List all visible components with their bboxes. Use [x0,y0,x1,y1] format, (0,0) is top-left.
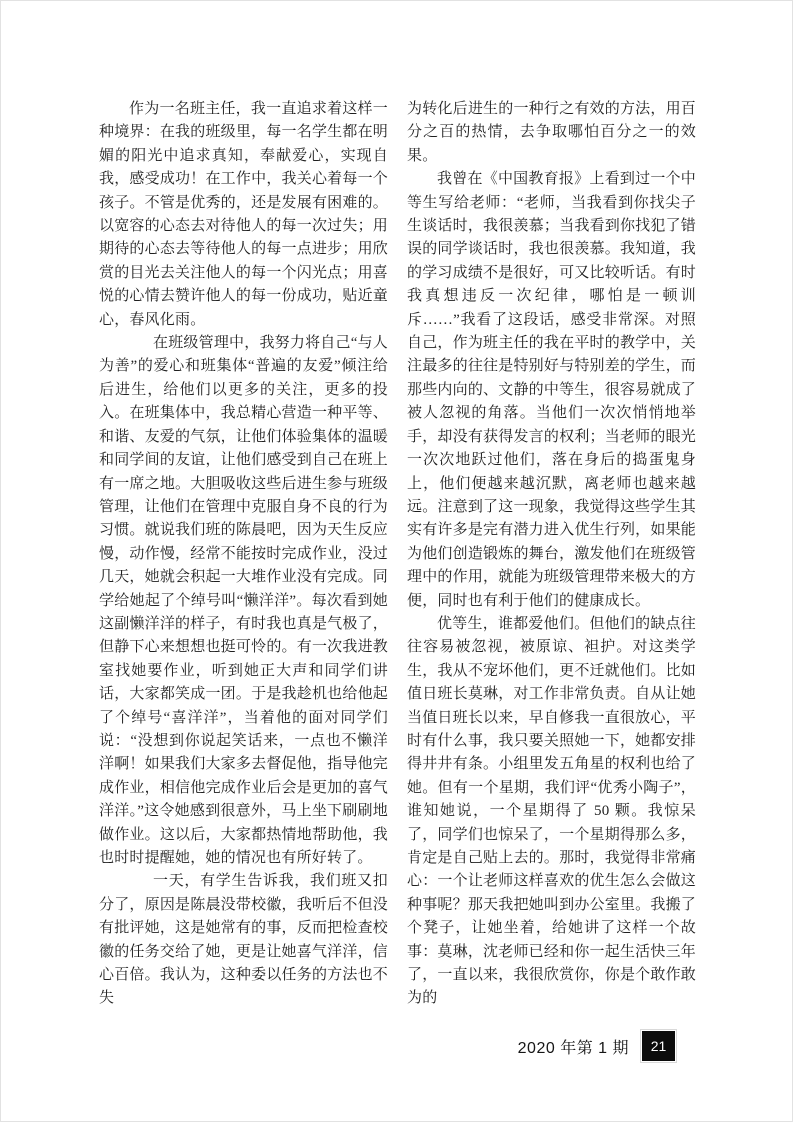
page-number-badge: 21 [642,1031,675,1061]
column-right: 为转化后进生的一种行之有效的方法，用百分之百的热情，去争取哪怕百分之一的效果。 … [407,98,696,1011]
paragraph: 在班级管理中，我努力将自己“与人为善”的爱心和班集体“普遍的友爱”倾注给后进生，… [99,332,388,870]
paragraph: 我曾在《中国教育报》上看到过一个中等生写给老师：“老师，当我看到你找尖子生谈话时… [407,168,696,613]
paragraph: 一天，有学生告诉我，我们班又扣分了，原因是陈晨没带校徽，我听后不但没有批评她，这… [99,870,388,1010]
page-footer: 2020 年第 1 期 21 [518,1031,675,1061]
paragraph: 作为一名班主任，我一直追求着这样一种境界：在我的班级里，每一名学生都在明媚的阳光… [99,98,388,332]
article-body: 作为一名班主任，我一直追求着这样一种境界：在我的班级里，每一名学生都在明媚的阳光… [99,98,696,1011]
issue-label: 2020 年第 1 期 [518,1035,629,1058]
paragraph-continuation: 为转化后进生的一种行之有效的方法，用百分之百的热情，去争取哪怕百分之一的效果。 [407,98,696,168]
magazine-page: 作为一名班主任，我一直追求着这样一种境界：在我的班级里，每一名学生都在明媚的阳光… [0,0,793,1122]
column-left: 作为一名班主任，我一直追求着这样一种境界：在我的班级里，每一名学生都在明媚的阳光… [99,98,388,1011]
paragraph: 优等生，谁都爱他们。但他们的缺点往往容易被忽视，被原谅、袒护。对这类学生，我从不… [407,613,696,1011]
